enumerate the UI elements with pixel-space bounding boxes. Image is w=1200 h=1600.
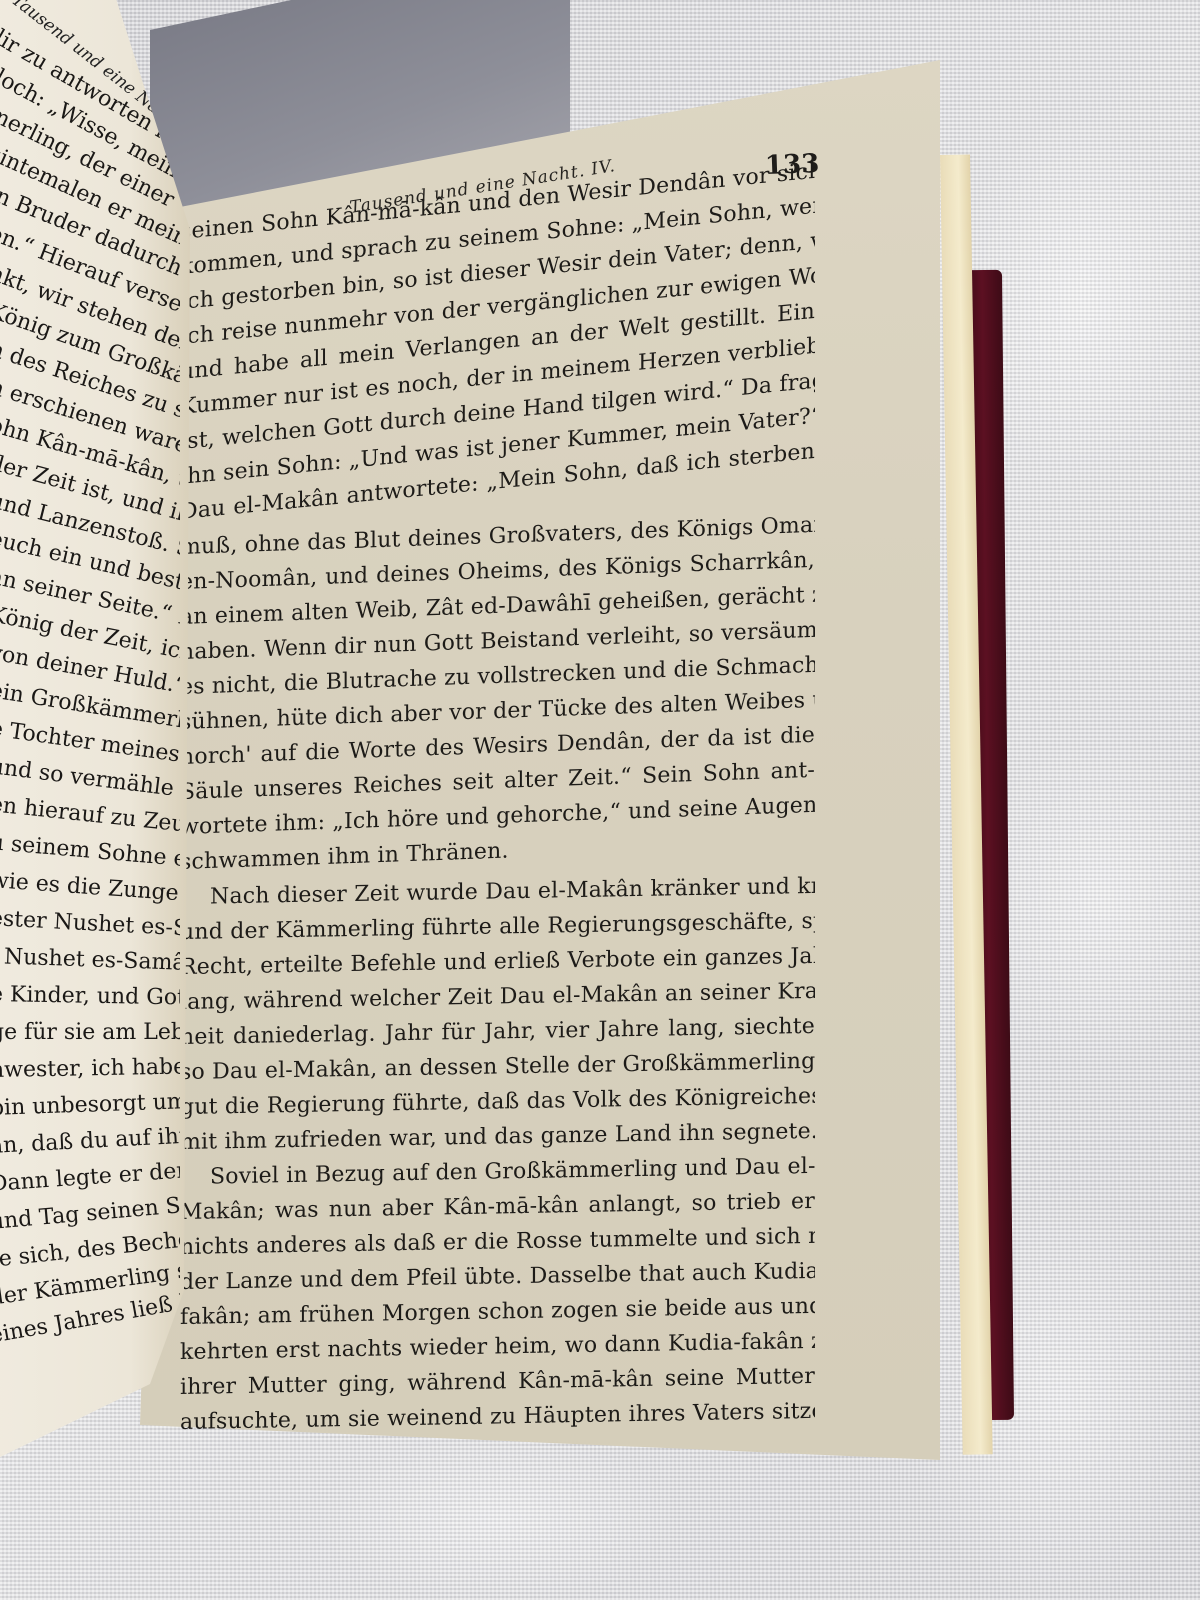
text-region-lower: Nach dieser Zeit wurde Dau el-Makân krän… — [180, 869, 815, 1440]
left-text-line: hwester, ich habe mein — [0, 1053, 180, 1083]
text-region-upper: seinen Sohn Kân-mā-kân und den Wesir Den… — [180, 154, 815, 530]
left-page-curled: Tausend und eine Nacht. IV. dir zu antwo… — [0, 0, 190, 1540]
left-text-line: e Kinder, und Gott, der — [0, 982, 180, 1011]
left-text-line: an, daß du auf ihn und — [0, 1121, 180, 1159]
text-region-middle: muß, ohne das Blut deines Großvaters, de… — [180, 508, 815, 880]
left-text-line: . Nushet es-Samân — [0, 944, 180, 976]
right-page-text-block: seinen Sohn Kân-mā-kân und den Wesir Den… — [180, 215, 815, 1440]
left-text-line: und Tag seinen Sohn — [0, 1190, 180, 1235]
left-text-line: bin unbesorgt um meine — [0, 1086, 180, 1121]
left-text-line: ge für sie am Leben!“ Dau — [0, 1020, 180, 1045]
left-page-text-block: Tausend und eine Nacht. IV. dir zu antwo… — [0, 0, 180, 1430]
left-text-line: ester Nushet es-Samân, welche — [0, 906, 180, 949]
